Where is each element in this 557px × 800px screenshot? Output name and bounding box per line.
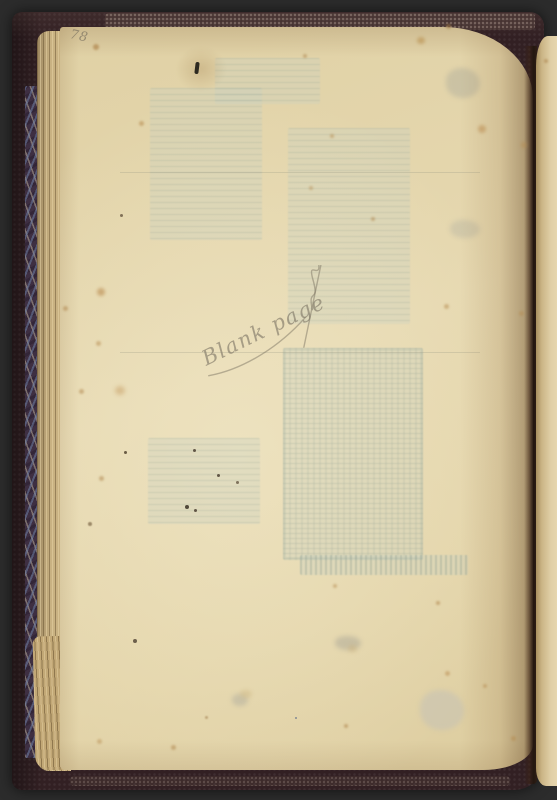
ghost-showthrough-band <box>300 555 468 575</box>
pencil-inscription-text: Blank page <box>198 290 329 371</box>
ghost-rule-line <box>120 172 480 173</box>
blank-page: 78 Blank page <box>60 27 533 770</box>
corner-page-number: 78 <box>69 27 90 46</box>
smudge-stain <box>232 694 248 706</box>
cover-bottom-edge <box>70 776 510 786</box>
gutter-shadow <box>460 27 533 770</box>
ghost-showthrough-block <box>150 88 262 240</box>
facing-page-edge <box>536 36 557 786</box>
ink-stain-halo <box>176 47 226 91</box>
book-photograph: 78 Blank page <box>0 0 557 800</box>
smudge-stain <box>335 636 361 650</box>
smudge-stain <box>420 690 464 730</box>
pencil-inscription: Blank page <box>198 265 408 415</box>
ghost-showthrough-block <box>148 438 260 524</box>
